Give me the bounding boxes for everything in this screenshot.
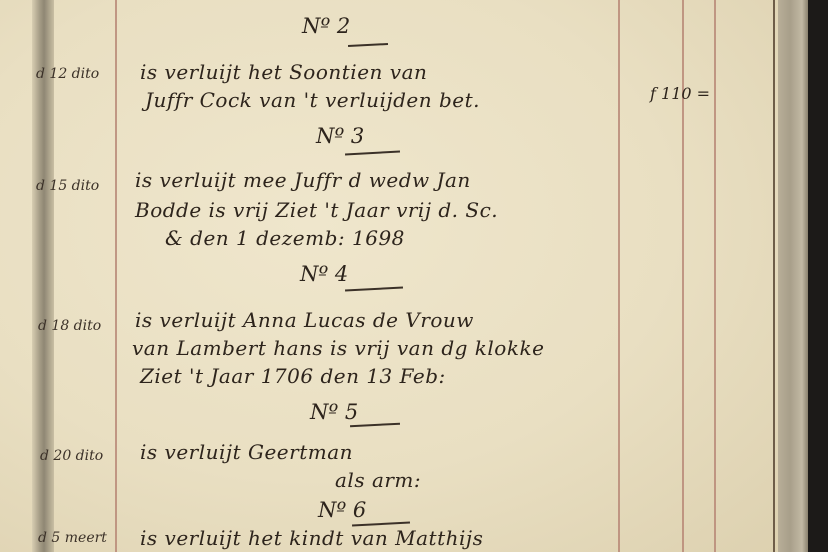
entry-line: is verluijt Anna Lucas de Vrouw — [135, 308, 474, 332]
underline — [345, 151, 400, 155]
entry-line: is verluijt het kindt van Matthijs — [140, 526, 483, 550]
entry-line: & den 1 dezemb: 1698 — [165, 226, 405, 250]
page-fold-shadow — [32, 0, 54, 552]
entry-date: d 20 dito — [40, 448, 103, 464]
entry-line: is verluijt Geertman — [140, 440, 353, 464]
margin-rule — [115, 0, 117, 552]
column-rule-2 — [682, 0, 684, 552]
entry-number: Nº 2 — [302, 14, 350, 38]
entry-line: Bodde is vrij Ziet 't Jaar vrij d. Sc. — [135, 198, 498, 222]
entry-date: d 5 meert — [38, 530, 107, 546]
entry-number: Nº 3 — [316, 124, 364, 148]
column-rule-3 — [714, 0, 716, 552]
underline — [348, 43, 388, 47]
entry-number: Nº 5 — [310, 400, 358, 424]
entry-line: is verluijt mee Juffr d wedw Jan — [135, 168, 471, 192]
entry-line: Ziet 't Jaar 1706 den 13 Feb: — [140, 364, 446, 388]
entry-line: Juffr Cock van 't verluijden bet. — [145, 88, 480, 112]
entry-date: d 18 dito — [38, 318, 101, 334]
underline — [345, 286, 403, 291]
entry-line: als arm: — [335, 468, 421, 492]
column-rule-1 — [618, 0, 620, 552]
ledger-page: Nº 2 d 12 dito is verluijt het Soontien … — [0, 0, 778, 552]
book-page-edges — [778, 0, 808, 552]
entry-number: Nº 6 — [318, 498, 366, 522]
entry-line: van Lambert hans is vrij van dg klokke — [132, 336, 544, 360]
entry-amount: f 110 = — [650, 84, 710, 103]
entry-number: Nº 4 — [300, 262, 348, 286]
entry-line: is verluijt het Soontien van — [140, 60, 427, 84]
entry-date: d 12 dito — [36, 66, 99, 82]
entry-date: d 15 dito — [36, 178, 99, 194]
page-edge-line — [773, 0, 775, 552]
